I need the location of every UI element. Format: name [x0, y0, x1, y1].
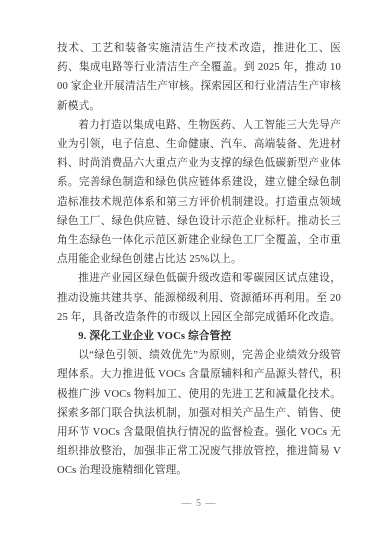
page-body: 技术、工艺和装备实施清洁生产技术改造，推进化工、医药、集成电路等行业清洁生产全覆… [57, 39, 341, 481]
paragraph-industrial-park-upgrade: 推进产业园区绿色低碳升级改造和零碳园区试点建设，推动设施共建共享、能源梯级利用、… [57, 269, 341, 327]
document-page: 技术、工艺和装备实施清洁生产技术改造，推进化工、医药、集成电路等行业清洁生产全覆… [0, 0, 390, 551]
paragraph-green-industry-system: 着力打造以集成电路、生物医药、人工智能三大先导产业为引领，电子信息、生命健康、汽… [57, 116, 341, 270]
section-heading-vocs-control: 9. 深化工业企业 VOCs 综合管控 [57, 327, 341, 346]
paragraph-cleaner-production: 技术、工艺和装备实施清洁生产技术改造，推进化工、医药、集成电路等行业清洁生产全覆… [57, 39, 341, 116]
paragraph-vocs-management: 以“绿色引领、绩效优先”为原则，完善企业绩效分级管理体系。大力推进低 VOCs … [57, 346, 341, 480]
page-number: — 5 — [57, 498, 341, 509]
